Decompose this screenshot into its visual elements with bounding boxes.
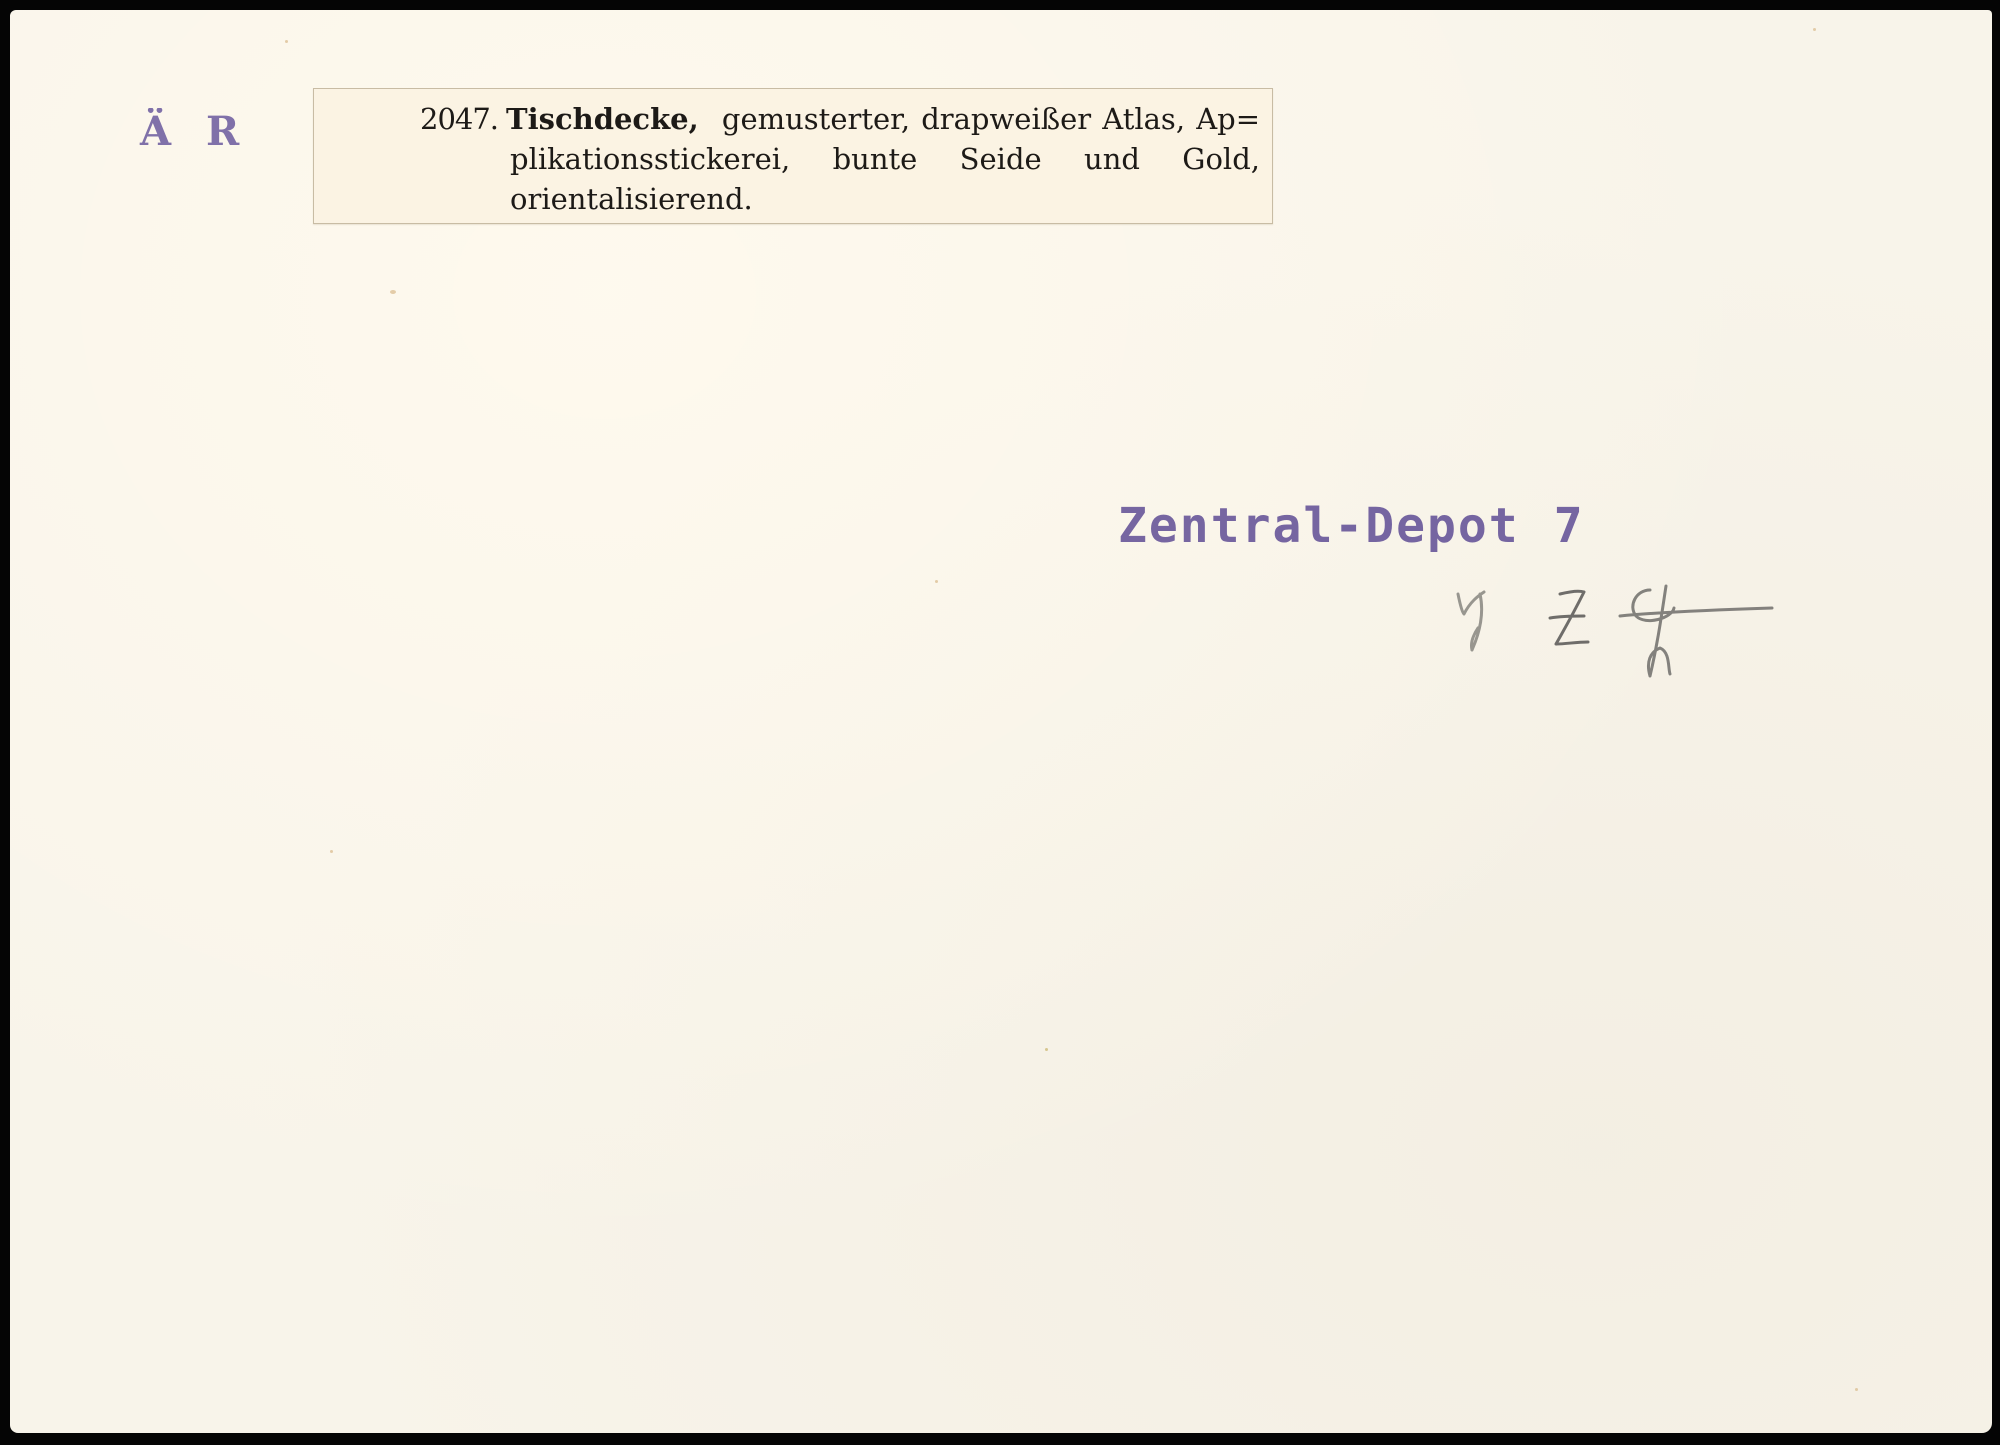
label-line-2: plikationsstickerei, bunte Seide und Gol…	[510, 139, 1260, 179]
label-word: plikationsstickerei,	[510, 139, 790, 179]
paper-speck	[1813, 28, 1816, 31]
label-word: Gold,	[1182, 139, 1260, 179]
paper-speck	[330, 850, 333, 853]
label-line-3: orientalisierend.	[510, 179, 1260, 219]
lot-title: Tischdecke,	[506, 102, 699, 136]
pencil-annotation-icon	[1450, 572, 1780, 687]
label-word: und	[1084, 139, 1140, 179]
paper-speck	[935, 580, 938, 583]
label-line-1: 2047.Tischdecke, gemusterter, drapweißer…	[420, 99, 1260, 139]
archival-card: ÄR 2047.Tischdecke, gemusterter, drapwei…	[10, 10, 1992, 1433]
depot-number: 7	[1554, 498, 1585, 554]
label-word: drapweißer	[921, 99, 1091, 139]
depot-stamp: Zentral-Depot7	[1118, 498, 1585, 554]
catalog-label: 2047.Tischdecke, gemusterter, drapweißer…	[313, 88, 1273, 224]
label-word: gemusterter,	[722, 99, 910, 139]
depot-text: Zentral-Depot	[1118, 498, 1520, 554]
label-word: Atlas,	[1102, 99, 1185, 139]
paper-speck	[1045, 1048, 1048, 1051]
label-word: bunte	[833, 139, 918, 179]
initial-a: Ä	[140, 108, 172, 155]
label-word: Ap=	[1196, 99, 1260, 139]
label-word: Seide	[960, 139, 1042, 179]
initials-stamp: ÄR	[140, 108, 274, 155]
initial-r: R	[206, 108, 240, 155]
paper-speck	[1855, 1388, 1858, 1391]
paper-speck	[390, 290, 396, 294]
paper-speck	[285, 40, 288, 43]
lot-number: 2047.	[420, 102, 498, 136]
label-word: orientalisierend.	[510, 179, 753, 219]
